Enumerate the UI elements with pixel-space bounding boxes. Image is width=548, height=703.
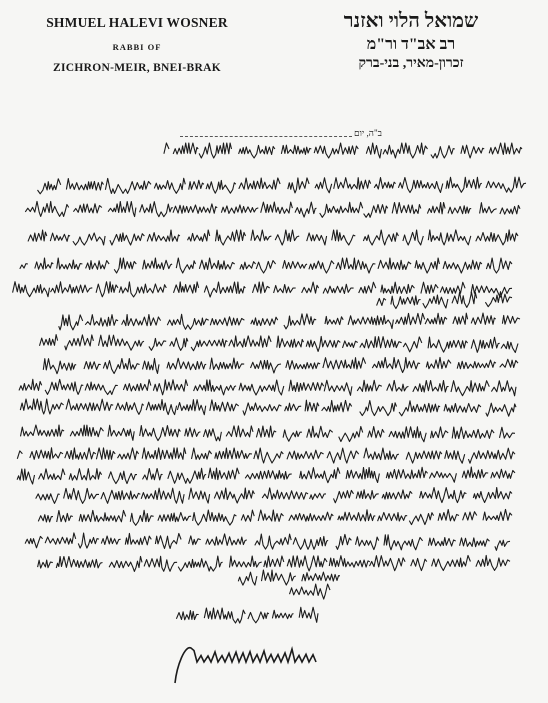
handwritten-line [40,335,519,353]
handwritten-line [19,379,516,396]
handwritten-line [20,399,516,416]
handwritten-line [36,488,512,504]
handwritten-line [377,292,512,309]
handwritten-line [25,201,520,217]
handwritten-line [38,509,512,525]
handwritten-line [21,425,516,442]
handwritten-line [17,467,515,484]
handwritten-body [0,0,548,703]
handwritten-line [59,313,520,330]
handwritten-line [20,258,512,273]
handwritten-line [43,357,518,373]
signature [175,648,316,683]
handwritten-line [164,143,522,158]
handwritten-line [28,230,518,245]
handwritten-line [290,584,331,599]
handwritten-line [38,555,510,571]
handwritten-line [17,448,515,463]
handwritten-line [25,533,510,550]
handwritten-line [238,570,340,585]
handwritten-line [38,177,527,194]
closing-line [176,607,318,623]
